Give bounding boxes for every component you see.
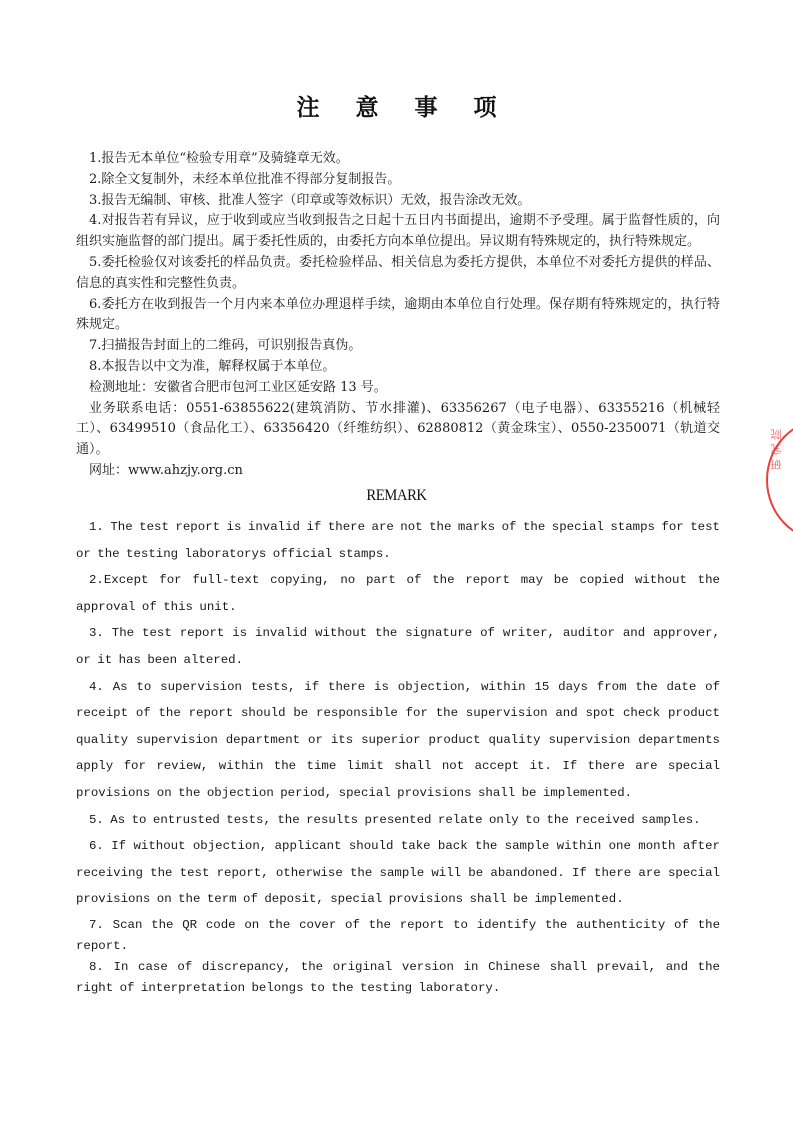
en-note-5: 5. As to entrusted tests, the results pr… (76, 807, 720, 834)
cn-note-8: 8.本报告以中文为准，解释权属于本单位。 (76, 357, 720, 378)
contact-address: 检测地址：安徽省合肥市包河工业区延安路 13 号。 (76, 378, 720, 399)
en-note-6: 6. If without objection, applicant shoul… (76, 833, 720, 913)
contact-phones: 业务联系电话：0551-63855622(建筑消防、节水排灌)、63356267… (76, 399, 720, 461)
cn-note-4: 4.对报告若有异议，应于收到或应当收到报告之日起十五日内书面提出，逾期不予受理。… (76, 211, 720, 253)
seal-text: 研究院 (768, 425, 782, 470)
cn-note-5: 5.委托检验仅对该委托的样品负责。委托检验样品、相关信息为委托方提供，本单位不对… (76, 253, 720, 295)
english-notes: 1. The test report is invalid if there a… (76, 514, 720, 999)
cn-note-6: 6.委托方在收到报告一个月内来本单位办理退样手续，逾期由本单位自行处理。保存期有… (76, 295, 720, 337)
en-note-7: 7. Scan the QR code on the cover of the … (76, 915, 720, 957)
en-note-4: 4. As to supervision tests, if there is … (76, 674, 720, 807)
chinese-notes: 1.报告无本单位“检验专用章”及骑缝章无效。 2.除全文复制外，未经本单位批准不… (76, 149, 720, 482)
en-note-2: 2.Except for full-text copying, no part … (76, 567, 720, 620)
en-note-1: 1. The test report is invalid if there a… (76, 514, 720, 567)
en-note-8: 8. In case of discrepancy, the original … (76, 957, 720, 999)
cn-note-3: 3.报告无编制、审核、批准人签字（印章或等效标识）无效，报告涂改无效。 (76, 191, 720, 212)
cn-note-2: 2.除全文复制外，未经本单位批准不得部分复制报告。 (76, 170, 720, 191)
page-title: 注 意 事 项 (0, 92, 793, 124)
contact-website: 网址：www.ahzjy.org.cn (76, 461, 720, 482)
remark-title: REMARK (32, 485, 762, 507)
en-note-3: 3. The test report is invalid without th… (76, 620, 720, 673)
cn-note-1: 1.报告无本单位“检验专用章”及骑缝章无效。 (76, 149, 720, 170)
cn-note-7: 7.扫描报告封面上的二维码，可识别报告真伪。 (76, 336, 720, 357)
